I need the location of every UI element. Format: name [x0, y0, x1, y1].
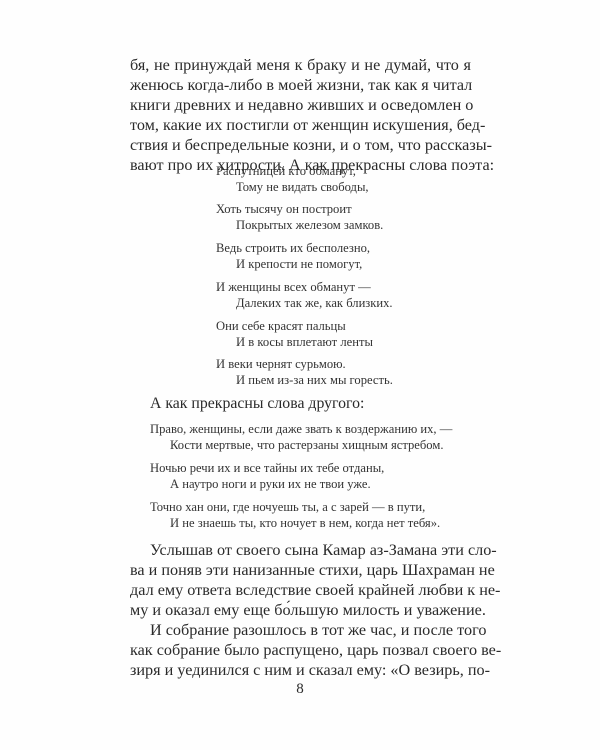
verse-line: А наутро ноги и руки их не твои уже.	[170, 476, 371, 492]
verse-line: И веки чернят сурьмою.	[216, 356, 346, 372]
verse-line: Право, женщины, если даже звать к воздер…	[150, 421, 452, 437]
text-line: женюсь когда-либо в моей жизни, так как …	[130, 75, 471, 95]
verse-line: И в косы вплетают ленты	[236, 334, 373, 350]
text-line: ва и поняв эти нанизанные стихи, царь Ша…	[130, 560, 471, 580]
verse-line: Точно хан они, где ночуешь ты, а с зарей…	[150, 499, 425, 515]
text-line: Услышав от своего сына Камар аз-Замана э…	[150, 540, 471, 560]
page-number: 8	[0, 679, 600, 699]
text-line: дал ему ответа вследствие своей крайней …	[130, 580, 471, 600]
verse-line: Они себе красят пальцы	[216, 318, 346, 334]
verse-line: И крепости не помогут,	[236, 256, 362, 272]
verse-line: Далеких так же, как близких.	[236, 295, 393, 311]
verse-line: Тому не видать свободы,	[236, 179, 369, 195]
verse-line: Распутницей кто обманут,	[216, 163, 356, 179]
text-line: бя, не принуждай меня к браку и не думай…	[130, 55, 471, 75]
text-line: том, какие их постигли от женщин искушен…	[130, 115, 471, 135]
verse-line: Кости мертвые, что растерзаны хищным яст…	[170, 437, 443, 453]
text-line: книги древних и недавно живших и осведом…	[130, 95, 471, 115]
verse-line: Ночью речи их и все тайны их тебе отданы…	[150, 460, 384, 476]
text-line: И собрание разошлось в тот же час, и пос…	[150, 620, 471, 640]
text-line: как собрание было распущено, царь позвал…	[130, 640, 471, 660]
verse-line: И пьем из-за них мы горесть.	[236, 372, 393, 388]
verse-line: Хоть тысячу он построит	[216, 201, 352, 217]
text-line: ствия и беспредельные козни, и о том, чт…	[130, 135, 471, 155]
lead-in-line: А как прекрасны слова другого:	[150, 394, 364, 414]
verse-line: И не знаешь ты, кто ночует в нем, когда …	[170, 515, 440, 531]
text-line: му и оказал ему еще бо́льшую милость и у…	[130, 600, 471, 620]
book-page: бя, не принуждай меня к браку и не думай…	[0, 0, 600, 750]
verse-line: И женщины всех обманут —	[216, 279, 371, 295]
verse-line: Покрытых железом замков.	[236, 217, 383, 233]
text-line: зиря и уединился с ним и сказал ему: «О …	[130, 660, 471, 680]
verse-line: Ведь строить их бесполезно,	[216, 240, 370, 256]
